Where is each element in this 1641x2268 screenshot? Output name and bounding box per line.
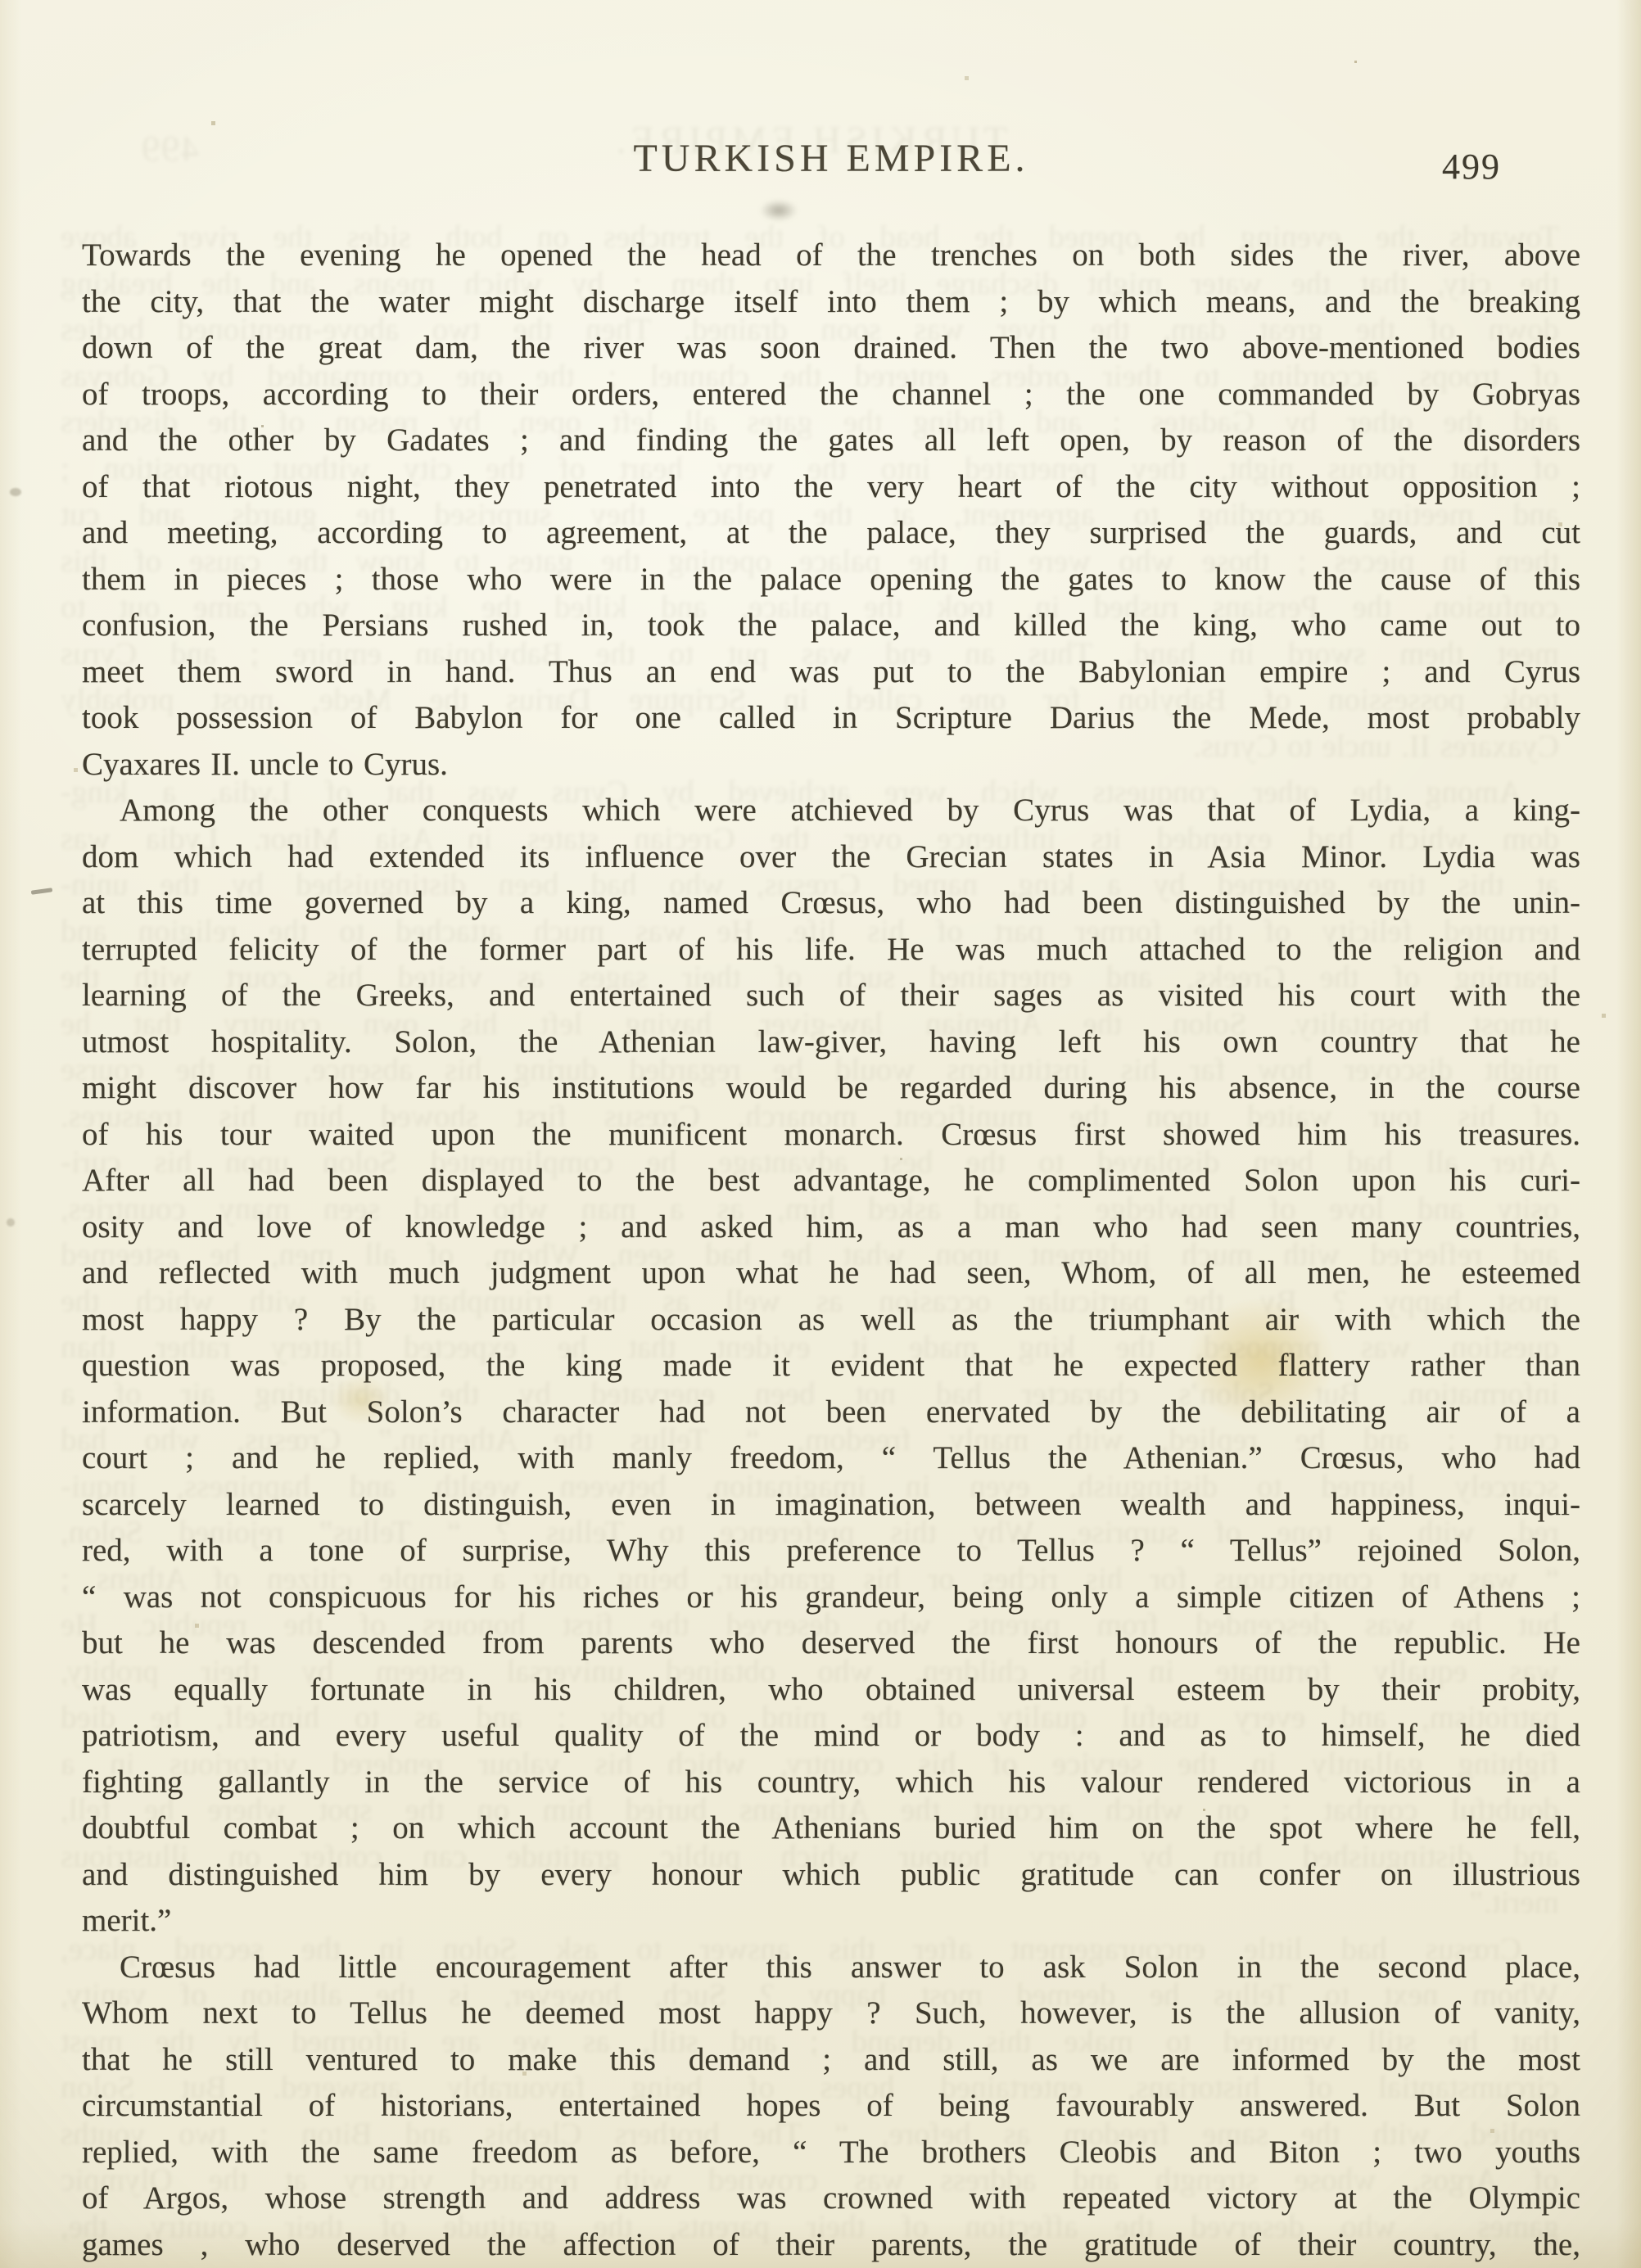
- text-line: red, with a tone of surprise, Why this p…: [82, 1528, 1580, 1574]
- text-line: fighting gallantly in the service of his…: [82, 1760, 1580, 1806]
- text-line: information. But Solon’s character had n…: [82, 1389, 1580, 1436]
- text-line: and meeting, according to agreement, at …: [82, 510, 1580, 557]
- text-line: Crœsus had little encouragement after th…: [82, 1945, 1580, 1991]
- text-line: After all had been displayed to the best…: [82, 1158, 1580, 1204]
- page-content: TURKISH EMPIRE. 499 Towards the evening …: [0, 0, 1641, 2268]
- text-line: of his tour waited upon the munificent m…: [82, 1112, 1580, 1159]
- page-title: TURKISH EMPIRE.: [82, 138, 1580, 180]
- text-line: that he still ventured to make this dema…: [82, 2037, 1580, 2084]
- text-line: and the other by Gadates ; and finding t…: [82, 418, 1580, 464]
- text-line: of Argos, whose strength and address was…: [82, 2175, 1580, 2222]
- text-line: down of the great dam, the river was soo…: [82, 325, 1580, 372]
- text-line: games , who deserved the affection of th…: [82, 2222, 1580, 2268]
- text-line: patriotism, and every useful quality of …: [82, 1713, 1580, 1760]
- text-line: the city, that the water might discharge…: [82, 279, 1580, 326]
- text-line: at this time governed by a king, named C…: [82, 880, 1580, 927]
- text-line: Whom next to Tellus he deemed most happy…: [82, 1990, 1580, 2037]
- text-line: confusion, the Persians rushed in, took …: [82, 603, 1580, 649]
- text-body: Towards the evening he opened the head o…: [82, 233, 1580, 2268]
- book-page: TURKISH EMPIRE. 499 Towards the evening …: [0, 0, 1641, 2268]
- text-line: replied, with the same freedom as before…: [82, 2130, 1580, 2176]
- text-line: of troops, according to their orders, en…: [82, 372, 1580, 418]
- text-line: terrupted felicity of the former part of…: [82, 927, 1580, 974]
- page-header: TURKISH EMPIRE. 499: [82, 138, 1580, 190]
- text-line: Cyaxares II. uncle to Cyrus.: [82, 742, 1580, 788]
- text-line: “ was not conspicuous for his riches or …: [82, 1574, 1580, 1621]
- text-line: them in pieces ; those who were in the p…: [82, 557, 1580, 603]
- text-line: but he was descended from parents who de…: [82, 1620, 1580, 1667]
- text-line: osity and love of knowledge ; and asked …: [82, 1204, 1580, 1251]
- text-line: Among the other conquests which were atc…: [82, 788, 1580, 834]
- text-line: and distinguished him by every honour wh…: [82, 1852, 1580, 1899]
- text-line: meet them sword in hand. Thus an end was…: [82, 649, 1580, 696]
- text-line: learning of the Greeks, and entertained …: [82, 973, 1580, 1019]
- text-line: question was proposed, the king made it …: [82, 1343, 1580, 1389]
- text-line: merit.”: [82, 1898, 1580, 1945]
- text-line: circumstantial of historians, entertaine…: [82, 2083, 1580, 2130]
- text-line: took possession of Babylon for one calle…: [82, 695, 1580, 742]
- text-line: might discover how far his institutions …: [82, 1065, 1580, 1112]
- page-number: 499: [1442, 147, 1501, 187]
- text-line: of that riotous night, they penetrated i…: [82, 464, 1580, 511]
- text-line: dom which had extended its influence ove…: [82, 834, 1580, 881]
- text-line: and reflected with much judgment upon wh…: [82, 1250, 1580, 1297]
- text-line: doubtful combat ; on which account the A…: [82, 1805, 1580, 1852]
- text-line: most happy ? By the particular occasion …: [82, 1297, 1580, 1344]
- paper-specks: [0, 0, 1, 1]
- text-line: was equally fortunate in his children, w…: [82, 1667, 1580, 1714]
- text-line: Towards the evening he opened the head o…: [82, 233, 1580, 279]
- text-line: utmost hospitality. Solon, the Athenian …: [82, 1019, 1580, 1066]
- text-line: court ; and he replied, with manly freed…: [82, 1435, 1580, 1482]
- text-line: scarcely learned to distinguish, even in…: [82, 1482, 1580, 1529]
